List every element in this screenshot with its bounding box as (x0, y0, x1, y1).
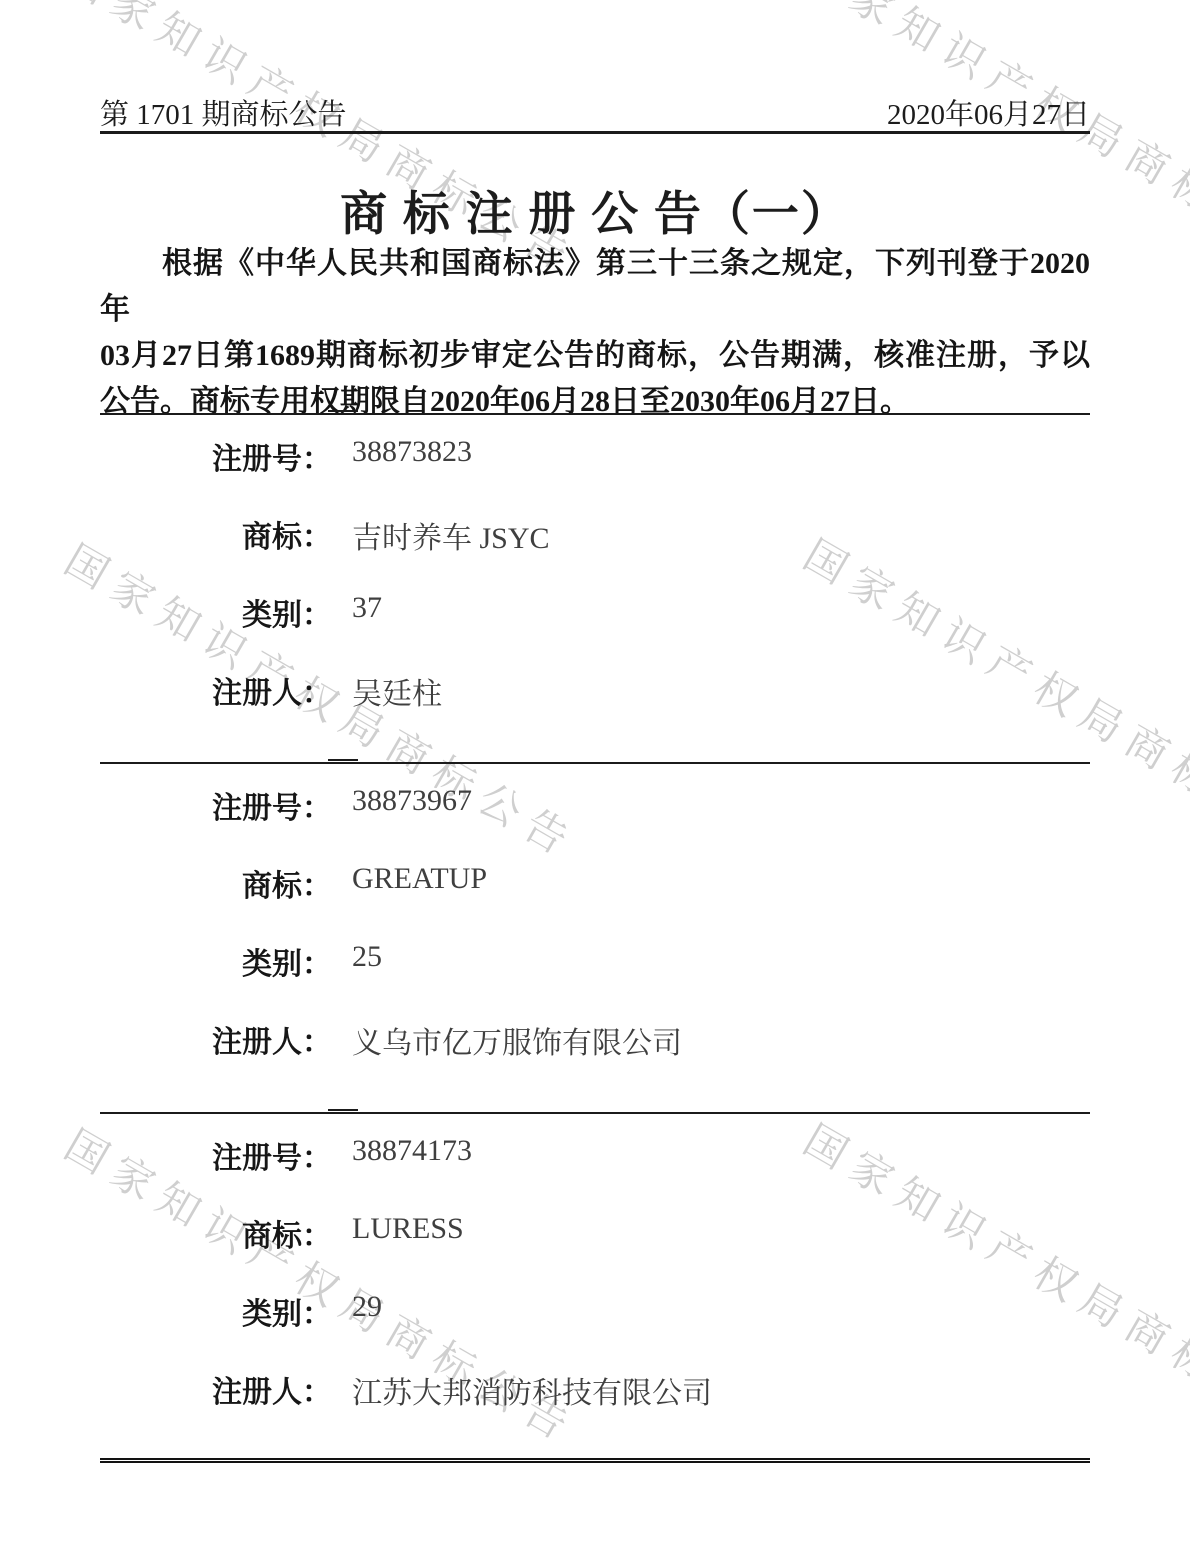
gazette-page: 国家知识产权局商标公告 国家知识产权局商标公告 国家知识产权局商标公告 国家知识… (0, 0, 1190, 1564)
class-value: 25 (352, 940, 382, 974)
class-value: 29 (352, 1290, 382, 1324)
reg-no-label: 注册号： (100, 1133, 332, 1177)
reg-no-label: 注册号： (100, 434, 332, 478)
mark-label: 商标： (100, 1211, 332, 1255)
record-row-reg-no: 注册号： 38873823 (100, 434, 1090, 476)
record-row-mark: 商标： 吉时养车 JSYC (100, 512, 1090, 554)
record-separator-line (100, 413, 1090, 415)
page-title: 商 标 注 册 公 告（一） (100, 177, 1090, 244)
record-row-mark: 商标： LURESS (100, 1211, 1090, 1253)
record-row-reg-no: 注册号： 38874173 (100, 1133, 1090, 1175)
record-row-owner: 注册人： 吴廷柱 (100, 668, 1090, 710)
class-value: 37 (352, 591, 382, 625)
record-row-reg-no: 注册号： 38873967 (100, 783, 1090, 825)
record-row-class: 类别： 37 (100, 590, 1090, 632)
intro-line-2: 03月27日第1689期商标初步审定公告的商标，公告期满，核准注册，予以 (100, 333, 1090, 379)
gazette-date: 2020年06月27日 (887, 92, 1090, 133)
record-separator-line (100, 1112, 1090, 1114)
trademark-record: 注册号： 38873823 商标： 吉时养车 JSYC 类别： 37 注册人： … (100, 413, 1090, 762)
owner-value: 江苏大邦消防科技有限公司 (352, 1368, 712, 1412)
owner-label: 注册人： (100, 668, 332, 712)
gazette-issue-number: 第 1701 期商标公告 (100, 92, 347, 133)
owner-value: 吴廷柱 (352, 669, 442, 713)
record-row-owner: 注册人： 江苏大邦消防科技有限公司 (100, 1367, 1090, 1409)
owner-label: 注册人： (100, 1367, 332, 1411)
owner-label: 注册人： (100, 1017, 332, 1061)
mark-label: 商标： (100, 512, 332, 556)
trademark-record: 注册号： 38873967 商标： GREATUP 类别： 25 注册人： 义乌… (100, 762, 1090, 1112)
intro-line-1: 根据《中华人民共和国商标法》第三十三条之规定，下列刊登于2020年 (100, 241, 1090, 333)
reg-no-value: 38873967 (352, 784, 472, 818)
intro-paragraph: 根据《中华人民共和国商标法》第三十三条之规定，下列刊登于2020年 03月27日… (100, 241, 1090, 425)
record-separator-line (100, 762, 1090, 764)
reg-no-label: 注册号： (100, 783, 332, 827)
class-label: 类别： (100, 939, 332, 983)
reg-no-value: 38874173 (352, 1134, 472, 1168)
class-label: 类别： (100, 1289, 332, 1333)
bottom-rule (100, 1458, 1090, 1463)
reg-no-value: 38873823 (352, 435, 472, 469)
record-row-class: 类别： 25 (100, 939, 1090, 981)
record-row-class: 类别： 29 (100, 1289, 1090, 1331)
mark-value: 吉时养车 JSYC (352, 513, 550, 557)
mark-value: LURESS (352, 1212, 464, 1246)
class-label: 类别： (100, 590, 332, 634)
trademark-record: 注册号： 38874173 商标： LURESS 类别： 29 注册人： 江苏大… (100, 1112, 1090, 1458)
mark-value: GREATUP (352, 862, 487, 896)
owner-value: 义乌市亿万服饰有限公司 (352, 1018, 682, 1062)
mark-label: 商标： (100, 861, 332, 905)
header-rule (100, 131, 1090, 134)
record-row-owner: 注册人： 义乌市亿万服饰有限公司 (100, 1017, 1090, 1059)
record-row-mark: 商标： GREATUP (100, 861, 1090, 903)
